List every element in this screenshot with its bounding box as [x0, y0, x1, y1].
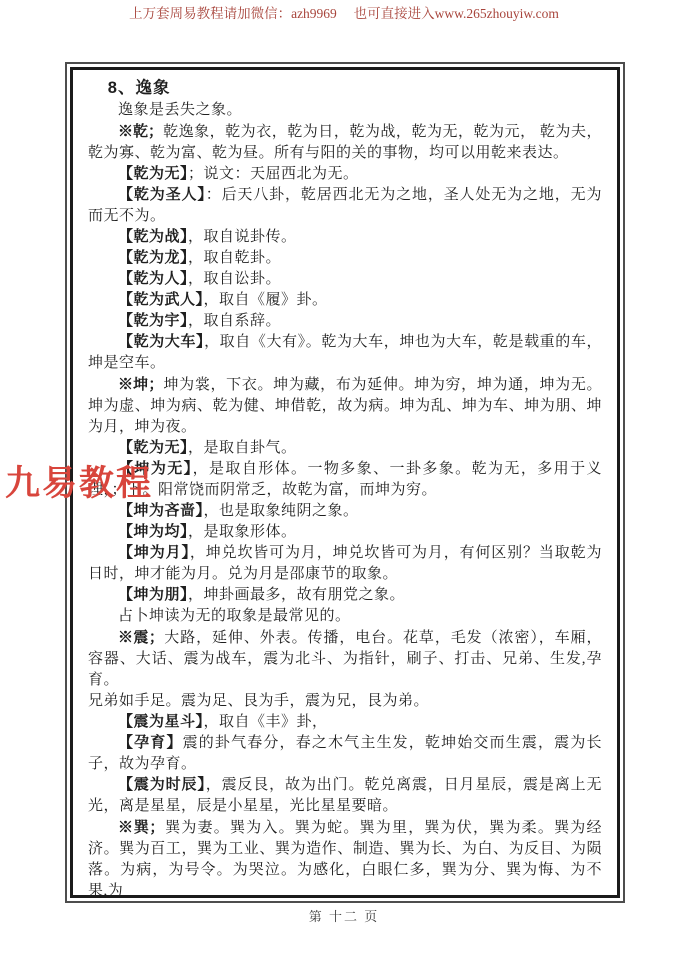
paragraph: 占卜坤读为无的取象是最常见的。 [88, 606, 602, 627]
paragraph: 【坤为朋】，坤卦画最多，故有朋党之象。 [88, 585, 602, 606]
paragraph: 【坤为均】，是取象形体。 [88, 522, 602, 543]
bracket-term: 【孕育】 [118, 735, 183, 751]
paragraph: 【坤为月】，坤兑坎皆可为月，坤兑坎皆可为月，有何区别？当取乾为日时，坤才能为月。… [88, 543, 602, 585]
paragraph: 【乾为圣人】：后天八卦，乾居西北无为之地，圣人处无为之地，无为而无不为。 [88, 185, 602, 227]
page-number: 第 十二 页 [0, 906, 688, 925]
text-run: 乾逸象，乾为衣，乾为日，乾为战，乾为无，乾为元， 乾为夫，乾为寡、乾为富、乾为昼… [88, 124, 602, 161]
promo-header-text: 上万套周易教程请加微信：azh9969 也可直接进入www.265zhouyiw… [0, 6, 688, 22]
trigram-marker: ※乾； [118, 123, 163, 140]
paragraph: 【乾为人】，取自讼卦。 [88, 269, 602, 290]
paragraph: 【乾为大车】，取自《大有》。乾为大车，坤也为大车，乾是载重的车，坤是空车。 [88, 332, 602, 374]
paragraph: 【乾为龙】，取自乾卦。 [88, 248, 602, 269]
text-run: 占卜坤读为无的取象是最常见的。 [118, 608, 351, 624]
paragraph: 【乾为无】；说文：天屈西北为无。 [88, 164, 602, 185]
text-run: ，是取自卦气。 [188, 440, 297, 456]
text-run: 坤为裳，下衣。坤为藏，布为延伸。坤为穷，坤为通，坤为无。坤为虚、坤为病、乾为健、… [88, 377, 602, 435]
trigram-marker: ※震； [118, 629, 164, 646]
bracket-term: 【坤为月】 [118, 545, 190, 561]
text-run: 大路，延伸、外表。传播，电台。花草，毛发（浓密），车厢，容器、大话、震为战车，震… [88, 630, 602, 688]
paragraph: 【震为时辰】，震反艮，故为出门。乾兑离震，日月星辰，震是离上无光，离是星星，辰是… [88, 775, 602, 817]
text-run: ，取自《丰》卦， [204, 714, 328, 730]
text-run: ，取自系辞。 [188, 313, 281, 329]
text-run: ，也是取象纯阴之象。 [204, 503, 359, 519]
bracket-term: 【乾为宇】 [118, 313, 188, 329]
bracket-term: 【乾为武人】 [118, 292, 204, 308]
trigram-marker: ※坤； [118, 376, 163, 393]
paragraph: ※震；大路，延伸、外表。传播，电台。花草，毛发（浓密），车厢，容器、大话、震为战… [88, 627, 602, 691]
paragraph: 【乾为武人】，取自《履》卦。 [88, 290, 602, 311]
text-run: ，取自《履》卦。 [204, 292, 328, 308]
bracket-term: 8、逸象 [108, 79, 171, 97]
trigram-marker: ※巽； [118, 819, 164, 836]
bracket-term: 【坤为吝啬】 [118, 503, 204, 519]
paragraph: ※坤；坤为裳，下衣。坤为藏，布为延伸。坤为穷，坤为通，坤为无。坤为虚、坤为病、乾… [88, 374, 602, 438]
text-run: ，是取象形体。 [188, 524, 297, 540]
paragraph: 【孕育】震的卦气春分，春之木气主生发，乾坤始交而生震，震为长子，故为孕育。 [88, 733, 602, 775]
bracket-term: 【乾为圣人】 [118, 187, 206, 203]
text-run: ，取自乾卦。 [188, 250, 281, 266]
text-run: 逸象是丢失之象。 [118, 102, 242, 118]
paragraph: 【震为星斗】，取自《丰》卦， [88, 712, 602, 733]
bracket-term: 【坤为均】 [118, 524, 188, 540]
paragraph: 兄弟如手足。震为足、艮为手，震为兄，艮为弟。 [88, 691, 602, 712]
text-run: ，取自说卦传。 [188, 229, 297, 245]
bracket-term: 【乾为战】 [118, 229, 188, 245]
bracket-term: 【震为时辰】 [118, 777, 206, 793]
bracket-term: 【乾为龙】 [118, 250, 188, 266]
bracket-term: 【乾为无】 [118, 440, 188, 456]
text-run: 兄弟如手足。震为足、艮为手，震为兄，艮为弟。 [88, 693, 429, 709]
bracket-term: 【乾为无】 [118, 166, 188, 182]
text-run: ，坤卦画最多，故有朋党之象。 [188, 587, 405, 603]
paragraph: ※乾；乾逸象，乾为衣，乾为日，乾为战，乾为无，乾为元， 乾为夫，乾为寡、乾为富、… [88, 121, 602, 164]
watermark-jiuyi-jiaocheng: 九易教程 [5, 466, 153, 502]
paragraph: 【乾为无】，是取自卦气。 [88, 438, 602, 459]
text-run: 巽为妻。巽为入。巽为蛇。巽为里，巽为伏，巽为柔。巽为经济。巽为百工，巽为工业、巽… [88, 820, 602, 898]
paragraph: 逸象是丢失之象。 [88, 100, 602, 121]
paragraph: 【坤为吝啬】，也是取象纯阴之象。 [88, 501, 602, 522]
text-run: ，取自讼卦。 [188, 271, 281, 287]
paragraph: 【乾为战】，取自说卦传。 [88, 227, 602, 248]
bracket-term: 【乾为人】 [118, 271, 188, 287]
paragraph: 【坤为无】，是取自形体。一物多象、一卦多象。乾为无，多用于义理，；卜。阳常饶而阴… [88, 459, 602, 501]
bracket-term: 【乾为大车】 [118, 334, 204, 350]
paragraph: ※巽；巽为妻。巽为入。巽为蛇。巽为里，巽为伏，巽为柔。巽为经济。巽为百工，巽为工… [88, 817, 602, 898]
bracket-term: 【坤为朋】 [118, 587, 188, 603]
section-heading: 8、逸象 [88, 78, 602, 99]
bracket-term: 【震为星斗】 [118, 714, 204, 730]
paragraph: 【乾为宇】，取自系辞。 [88, 311, 602, 332]
text-run: ；说文：天屈西北为无。 [188, 166, 359, 182]
